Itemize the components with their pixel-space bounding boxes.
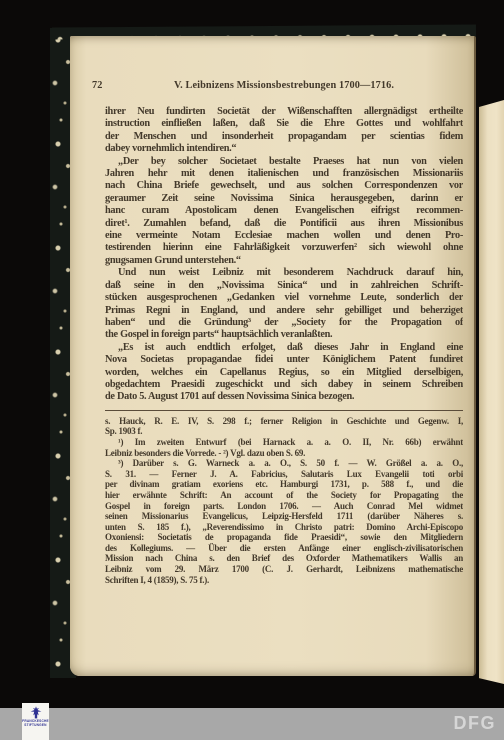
text-line: geraumer Zeit seine Novissima Sinica her… xyxy=(105,193,463,205)
text-line: des Kollegiums. — Über die ersten Anfäng… xyxy=(105,543,463,554)
footnote-separator-rule xyxy=(105,410,463,411)
next-page-edge xyxy=(479,100,504,684)
text-line: S. 31. — Ferner J. A. Fabricius, Salutar… xyxy=(105,469,463,480)
text-line: obgedachtem Praesidi zugeschickt und sic… xyxy=(105,379,463,391)
text-line: stücken ausgesprochenen „Gedanken viel v… xyxy=(105,292,463,304)
running-header: V. Leibnizens Missionsbestrebungen 1700—… xyxy=(105,80,463,91)
viewer-footer-bar xyxy=(0,708,504,740)
text-line: s. Hauck, R. E. IV, S. 298 f.; ferner Re… xyxy=(105,416,463,427)
text-line: Leibniz vom 29. März 1700 (C. J. Gerhard… xyxy=(105,564,463,575)
text-line: ihrer Neu fundirten Societät der Wißensc… xyxy=(105,106,463,118)
text-column: 72 V. Leibnizens Missionsbestrebungen 17… xyxy=(105,80,463,585)
text-line: worden, welches ein Capellanus Regius, s… xyxy=(105,367,463,379)
text-line: instruction einfließen laßen, daß Sie di… xyxy=(105,118,463,130)
text-line: nach China Briefe gewechselt, und aus so… xyxy=(105,180,463,192)
book-page: 72 V. Leibnizens Missionsbestrebungen 17… xyxy=(70,36,476,676)
library-name: FRANCKESCHE STIFTUNGEN xyxy=(22,720,49,728)
text-line: dabey vornehmlich intendiren.“ xyxy=(105,143,463,155)
footnotes: s. Hauck, R. E. IV, S. 298 f.; ferner Re… xyxy=(105,416,463,586)
text-line: Und nun weist Leibniz mit besonderem Nac… xyxy=(105,267,463,279)
text-line: testirenden hierinn eine Fahrläßigkeit v… xyxy=(105,242,463,254)
text-line: daß seine in den „Novissima Sinica“ und … xyxy=(105,280,463,292)
text-line: seinen Missionarius Evangelicus, Leipzig… xyxy=(105,511,463,522)
page-header: 72 V. Leibnizens Missionsbestrebungen 17… xyxy=(105,80,463,93)
body-text: ihrer Neu fundirten Societät der Wißensc… xyxy=(105,106,463,404)
text-line: the Gospel in foreign parts“ hauptsächli… xyxy=(105,329,463,341)
text-line: der Menschen und insonderheit propaganda… xyxy=(105,131,463,143)
text-line: diret¹. Zumahlen befand, daß die Pontifi… xyxy=(105,218,463,230)
text-line: „Es ist auch endtlich erfolget, daß dies… xyxy=(105,342,463,354)
text-line: per divinam gratiam exoriens etc. Hambur… xyxy=(105,479,463,490)
text-line: Primas Regni in England, und andere sehr… xyxy=(105,305,463,317)
text-line: ¹) Im zweiten Entwurf (bei Harnack a. a.… xyxy=(105,437,463,448)
text-line: Sp. 1903 f. xyxy=(105,426,463,437)
text-line: ³) Darüber s. G. Warneck a. a. O., S. 50… xyxy=(105,458,463,469)
text-line: „Der bey solcher Societaet bestalte Prae… xyxy=(105,156,463,168)
text-line: Oxoniensi: Societatis de propaganda fide… xyxy=(105,532,463,543)
text-line: hanc curam Apostolicam denen Evangelisch… xyxy=(105,205,463,217)
franckesche-stiftungen-logo[interactable]: FRANCKESCHE STIFTUNGEN xyxy=(22,703,49,740)
text-line: Schriften I, 4 (1859), S. 75 f.). xyxy=(105,575,463,586)
text-line: eine vermeinte Notam Ecclesiae machen wo… xyxy=(105,230,463,242)
scanned-book-page: 72 V. Leibnizens Missionsbestrebungen 17… xyxy=(0,0,504,740)
dfg-logo[interactable]: DFG xyxy=(454,713,497,734)
text-line: Nova Societas propagandae fidei unter Kö… xyxy=(105,354,463,366)
text-line: unten S. 185 f.), „Reverendissimo in Chr… xyxy=(105,522,463,533)
eagle-emblem-icon xyxy=(30,706,42,720)
text-line: haben“ und die Gründung³ der „Society fo… xyxy=(105,317,463,329)
text-line: Mission nach China s. den Brief des Oxfo… xyxy=(105,553,463,564)
text-line: Jahren hehr mit denen italienischen und … xyxy=(105,168,463,180)
library-name-line2: STIFTUNGEN xyxy=(22,724,49,728)
page-number: 72 xyxy=(92,80,103,91)
text-line: de Dato 5. August 1701 auf dessen Noviss… xyxy=(105,391,463,403)
text-line: gnugsamen Grund unterstehen.“ xyxy=(105,255,463,267)
text-line: Leibniz besonders die Vorrede. - ²) Vgl.… xyxy=(105,448,463,459)
text-line: Gospel in foreign parts. London 1706. — … xyxy=(105,501,463,512)
text-line: hier erwähnte Schrift: An account of the… xyxy=(105,490,463,501)
